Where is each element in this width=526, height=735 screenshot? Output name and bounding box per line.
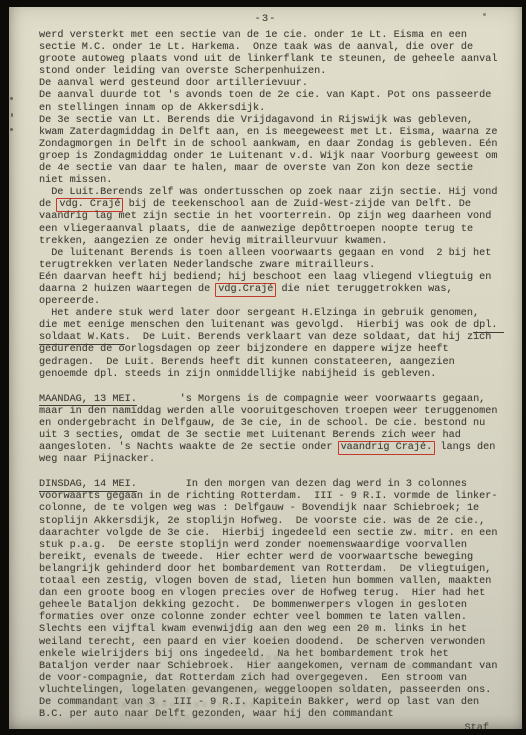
paragraph-monday: MAANDAG, 13 MEI. 's Morgens is de compag… — [39, 394, 503, 467]
text-run: werd versterkt met een sectie van de 1e … — [39, 30, 504, 77]
scanned-document-screenshot: { "page": { "number": "-3-", "catchword"… — [0, 0, 526, 735]
bleedthrough-mark — [231, 655, 279, 660]
paragraph: De aanval duurde tot 's avonds toen de 2… — [39, 90, 503, 114]
ink-speck — [10, 128, 13, 131]
paragraph: werd versterkt met een sectie van de 1e … — [39, 30, 503, 78]
document-page: -3- werd versterkt met een sectie van de… — [9, 7, 522, 729]
paragraph: De aanval werd gesteund door artilleriev… — [39, 78, 503, 90]
bleedthrough-mark — [77, 702, 279, 707]
ink-speck — [483, 13, 486, 16]
red-annotation-box: vaandrig Crajé. — [338, 441, 436, 455]
ink-speck — [11, 113, 13, 117]
text-run: De 3e sectie van Lt. Berends die Vrijdag… — [39, 115, 504, 186]
page-number: -3- — [9, 13, 522, 25]
document-body: werd versterkt met een sectie van de 1e … — [39, 30, 503, 729]
bleedthrough-mark — [402, 665, 460, 670]
catchword: Staf — [465, 723, 489, 729]
text-run: Het andere stuk werd later door sergeant… — [39, 308, 485, 331]
text-run: In den morgen van dezen dag werd in 3 co… — [39, 479, 504, 720]
date-heading-tuesday: DINSDAG, 14 MEI. — [39, 479, 137, 492]
text-run: De luitenant Berends is toen alleen voor… — [39, 248, 497, 271]
paragraph: Het andere stuk werd later door sergeant… — [39, 308, 503, 381]
ink-speck — [10, 97, 13, 100]
paragraph: De luitenant Berends is toen alleen voor… — [39, 248, 503, 272]
catchword-line: Staf — [39, 723, 503, 729]
bleedthrough-mark — [137, 688, 269, 693]
text-run: De aanval werd gesteund door artilleriev… — [39, 78, 308, 89]
paragraph-tuesday: DINSDAG, 14 MEI. In den morgen van dezen… — [39, 479, 503, 721]
date-heading-monday: MAANDAG, 13 MEI. — [39, 394, 137, 407]
paragraph: Eén daarvan heeft hij bediend; hij besch… — [39, 272, 503, 308]
paragraph: De Luit.Berends zelf was ondertusschen o… — [39, 187, 503, 247]
text-run: De aanval duurde tot 's avonds toen de 2… — [39, 90, 498, 113]
bleedthrough-mark — [109, 714, 229, 719]
red-annotation-box: vdg.Crajé — [215, 283, 276, 297]
paragraph: De 3e sectie van Lt. Berends die Vrijdag… — [39, 115, 503, 188]
